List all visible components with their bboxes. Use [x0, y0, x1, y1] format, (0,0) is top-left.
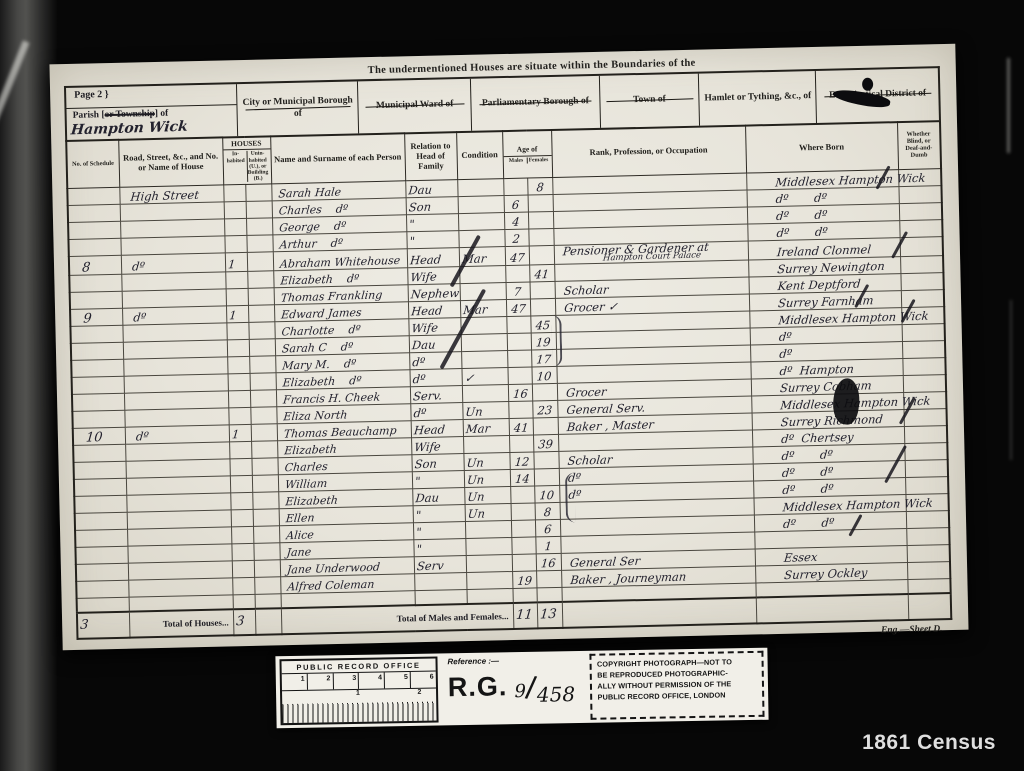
cell-infirm — [907, 561, 950, 579]
cell-relation: " — [412, 470, 464, 488]
copyright-line: PUBLIC RECORD OFFICE, LONDON — [597, 690, 757, 704]
cell-infirm — [905, 476, 948, 494]
ruler-number: 3 — [333, 673, 359, 689]
cell-relation — [414, 572, 466, 590]
cell-age-male — [506, 316, 530, 334]
cell-age-male — [507, 366, 531, 384]
cell-infirm — [904, 425, 947, 443]
census-table-body: High StreetSarah HaleDau8Middlesex Hampt… — [67, 169, 950, 598]
cell-condition — [458, 213, 504, 231]
cell-age-female — [528, 228, 553, 246]
ruler-number: 5 — [385, 672, 411, 688]
cell-condition: Un — [465, 503, 511, 521]
copyright-box: COPYRIGHT PHOTOGRAPH—NOT TO BE REPRODUCE… — [590, 651, 765, 720]
cell-inhabited — [223, 184, 245, 201]
cell-infirm — [901, 289, 944, 307]
pro-stamp: PUBLIC RECORD OFFICE 123456 12 Reference… — [275, 648, 768, 729]
cell-condition: Un — [462, 401, 508, 419]
cell-condition — [458, 230, 504, 248]
cell-uninhabited — [250, 389, 276, 407]
cell-schedule — [69, 274, 121, 292]
cell-condition — [465, 537, 511, 555]
cell-uninhabited — [253, 508, 279, 526]
reference-piece: 458 — [537, 682, 576, 707]
cell-schedule — [68, 221, 120, 239]
cell-relation: Wife — [408, 317, 460, 335]
cell-uninhabited — [250, 372, 276, 390]
cell-age-female — [529, 245, 554, 264]
cell-infirm — [902, 323, 945, 341]
cell-uninhabited — [253, 525, 279, 543]
cell-schedule — [73, 461, 125, 479]
cell-name: Abraham Whitehouse — [273, 249, 407, 271]
film-edge-band — [0, 0, 58, 771]
cell-infirm — [907, 544, 950, 562]
cell-inhabited — [227, 356, 249, 373]
film-scratch — [1010, 300, 1012, 460]
parish-label-suffix: ] of — [155, 109, 169, 119]
header-box-parliamentary: Parliamentary Borough of — [471, 76, 600, 131]
header-box-hamlet: Hamlet or Tything, &c., of — [699, 71, 817, 126]
cell-inhabited — [224, 218, 246, 235]
census-sheet: The undermentioned Houses are situate wi… — [49, 44, 968, 650]
cell-age-female — [530, 298, 555, 316]
cell-uninhabited — [247, 252, 273, 271]
cell-age-male: 19 — [512, 570, 536, 588]
cell-infirm — [898, 186, 941, 204]
cell-schedule: 10 — [73, 427, 125, 445]
cell-relation: " — [406, 231, 458, 249]
cell-condition — [462, 384, 508, 402]
cell-schedule — [74, 495, 126, 513]
parish-label-struck: or Township — [104, 109, 154, 120]
cell-age-female: 41 — [529, 264, 554, 282]
cell-relation: " — [406, 214, 458, 232]
cell-age-male: 47 — [505, 246, 529, 265]
cell-age-female — [536, 570, 561, 588]
cell-age-female — [533, 417, 558, 435]
col-houses: HOUSES In-habited Unin-habited (U.), or … — [222, 136, 271, 185]
cell-age-male — [508, 400, 532, 418]
cell-uninhabited — [249, 355, 275, 373]
col-schedule: No. of Schedule — [66, 140, 119, 189]
cell-infirm — [904, 408, 947, 426]
cell-infirm — [900, 237, 943, 256]
cell-schedule — [75, 529, 127, 547]
cell-infirm — [902, 357, 945, 375]
cell-schedule — [72, 410, 124, 428]
cell-uninhabited — [254, 576, 280, 594]
cell-inhabited — [231, 509, 253, 526]
parish-label-prefix: Parish [ — [73, 110, 105, 121]
cell-uninhabited — [246, 218, 272, 236]
cell-age-female: 8 — [527, 177, 552, 195]
cell-condition — [461, 350, 507, 368]
ruler-sub: 12 — [282, 689, 436, 724]
cell-inhabited — [224, 235, 246, 252]
cell-age-male — [511, 502, 535, 520]
cell-age-female: 6 — [535, 519, 560, 537]
cell-age-female — [533, 451, 558, 469]
cell-age-male — [509, 434, 533, 452]
cell-age-male — [512, 553, 536, 571]
col-condition: Condition — [456, 131, 503, 180]
cell-uninhabited — [251, 423, 277, 441]
cell-relation: Serv — [414, 555, 466, 573]
cell-relation: Head — [408, 300, 460, 318]
cell-inhabited — [232, 560, 254, 577]
cell-schedule — [73, 444, 125, 462]
totals-schedule: 3 — [77, 611, 130, 638]
cell-relation: Wife — [411, 436, 463, 454]
cell-relation: Head — [411, 419, 463, 437]
cell-inhabited — [227, 339, 249, 356]
totals-houses-value: 3 — [233, 608, 256, 634]
cell-condition: Un — [464, 486, 510, 504]
handwritten-brace — [551, 315, 562, 367]
census-sheet-content: The undermentioned Houses are situate wi… — [64, 50, 953, 653]
cell-schedule — [72, 393, 124, 411]
cell-schedule — [76, 563, 128, 581]
cell-age-female: 10 — [534, 485, 559, 503]
cell-condition — [466, 554, 512, 572]
ruler-sub-number: 2 — [417, 689, 421, 696]
cell-inhabited — [228, 407, 250, 424]
cell-uninhabited — [247, 270, 273, 288]
cell-relation: Dau — [412, 487, 464, 505]
cell-age-male: 7 — [506, 282, 530, 300]
cell-schedule — [67, 187, 119, 205]
cell-age-female: 23 — [532, 400, 557, 418]
cell-condition — [463, 435, 509, 453]
cell-condition — [466, 571, 512, 589]
cell-relation: Dau — [405, 180, 457, 198]
cell-schedule: 8 — [69, 255, 121, 275]
cell-uninhabited — [252, 491, 278, 509]
cell-infirm — [906, 510, 949, 528]
cell-age-male: 12 — [509, 451, 533, 469]
cell-road: dº — [121, 253, 225, 274]
cell-age-male: 41 — [509, 417, 533, 435]
cell-age-female — [528, 194, 553, 212]
cell-uninhabited — [246, 235, 272, 253]
cell-infirm — [900, 272, 943, 290]
totals-houses-label: Total of Houses... — [129, 609, 234, 637]
cell-inhabited — [232, 577, 254, 594]
cell-inhabited — [229, 441, 251, 458]
cell-condition: ✓ — [461, 367, 507, 385]
cell-inhabited — [230, 475, 252, 492]
cell-inhabited: 1 — [226, 305, 248, 322]
cell-age-female — [528, 211, 553, 229]
ruler-number: 1 — [282, 674, 308, 690]
col-uninhabited: Unin-habited (U.), or Building (B.) — [247, 151, 269, 182]
cell-uninhabited — [251, 457, 277, 475]
cell-inhabited: 1 — [225, 252, 247, 271]
cell-relation: Head — [407, 248, 459, 268]
cell-condition — [459, 265, 505, 283]
cell-relation: Serv. — [410, 385, 462, 403]
cell-uninhabited — [254, 559, 280, 577]
cell-age-male — [507, 349, 531, 367]
cell-condition — [465, 520, 511, 538]
cell-condition: Un — [463, 452, 509, 470]
cell-schedule — [71, 359, 123, 377]
cell-inhabited — [226, 322, 248, 339]
cell-age-male: 4 — [504, 212, 528, 230]
cell-condition: Mar — [463, 418, 509, 436]
cell-age-male — [510, 485, 534, 503]
cell-relation: dº — [409, 351, 461, 369]
cell-inhabited — [231, 543, 253, 560]
cell-relation: Son — [411, 453, 463, 471]
cell-infirm — [905, 459, 948, 477]
cell-age-female: 39 — [533, 434, 558, 452]
cell-age-male: 6 — [504, 195, 528, 213]
ruler-number: 4 — [359, 672, 385, 688]
totals-males: 11 — [513, 602, 538, 629]
cell-inhabited — [224, 201, 246, 218]
cell-uninhabited — [249, 338, 275, 356]
parish-column: Page 2 } Parish [or Township] of Hampton… — [66, 84, 239, 140]
cell-schedule — [68, 204, 120, 222]
cell-inhabited — [228, 390, 250, 407]
ruler-sub-number: 1 — [356, 690, 360, 697]
ruler-number: 6 — [411, 672, 436, 688]
parish-cell: Parish [or Township] of Hampton Wick — [66, 105, 237, 140]
cell-inhabited: 1 — [229, 424, 251, 441]
cell-age-female — [534, 468, 559, 486]
cell-age-female: 8 — [535, 502, 560, 520]
cell-inhabited — [230, 492, 252, 509]
ruler-number: 2 — [308, 673, 334, 689]
cell-schedule — [68, 238, 120, 256]
parish-value: Hampton Wick — [70, 119, 188, 139]
cell-uninhabited — [251, 440, 277, 458]
cell-age-male: 14 — [510, 468, 534, 486]
reference-box: Reference :— R.G. 9 / 458 — [437, 651, 591, 726]
cell-schedule — [74, 478, 126, 496]
col-inhabited: In-habited — [225, 151, 248, 182]
cell-uninhabited — [245, 184, 271, 202]
cell-age-male — [507, 333, 531, 351]
reference-slash: / — [523, 669, 538, 707]
cell-infirm — [899, 203, 942, 221]
cell-inhabited — [231, 526, 253, 543]
cell-age-male — [503, 178, 527, 196]
cell-infirm — [903, 374, 946, 392]
totals-persons-label: Total of Males and Females... — [281, 602, 514, 633]
cell-uninhabited — [248, 304, 274, 322]
cell-uninhabited — [252, 474, 278, 492]
cell-relation: dº — [410, 402, 462, 420]
cell-infirm — [904, 442, 947, 460]
cell-schedule — [70, 325, 122, 343]
cell-uninhabited — [248, 321, 274, 339]
cell-uninhabited — [248, 287, 274, 305]
col-infirm: Whether Blind, or Deaf-and-Dumb — [897, 121, 941, 169]
cell-inhabited — [226, 288, 248, 305]
cell-relation: " — [413, 504, 465, 522]
col-born: Where Born — [745, 122, 898, 173]
cell-condition: Un — [464, 469, 510, 487]
cell-schedule: 9 — [70, 308, 122, 326]
col-road: Road, Street, &c., and No. or Name of Ho… — [118, 137, 223, 187]
col-age-males: Males — [505, 157, 528, 164]
cell-schedule — [76, 580, 128, 598]
cell-uninhabited — [253, 542, 279, 560]
cell-relation: Son — [406, 197, 458, 215]
cell-condition — [458, 196, 504, 214]
cell-age-male — [511, 519, 535, 537]
cell-schedule — [71, 342, 123, 360]
film-scratch — [1007, 58, 1010, 153]
cell-infirm — [900, 255, 943, 273]
cell-schedule — [75, 512, 127, 530]
cell-condition — [457, 179, 503, 197]
cell-inhabited — [229, 458, 251, 475]
cell-infirm — [906, 527, 949, 545]
col-age: Age of Males Females — [502, 130, 552, 179]
cell-condition: Mar — [460, 299, 506, 317]
cell-relation: " — [413, 521, 465, 539]
cell-age-female: 1 — [535, 536, 560, 554]
cell-age-male: 47 — [506, 299, 530, 317]
reference-value: R.G. 9 / 458 — [448, 665, 591, 704]
cell-age-male: 2 — [504, 229, 528, 247]
col-name: Name and Surname of each Person — [270, 133, 405, 184]
cell-uninhabited — [246, 201, 272, 219]
col-occupation: Rank, Profession, or Occupation — [551, 126, 746, 178]
cell-age-female: 10 — [531, 366, 556, 384]
cell-infirm — [902, 340, 945, 358]
cell-schedule — [75, 546, 127, 564]
reference-series: R.G. — [448, 671, 508, 703]
cell-age-female — [530, 281, 555, 299]
cell-condition — [461, 333, 507, 351]
cell-inhabited — [225, 271, 247, 288]
col-age-females: Females — [528, 157, 550, 164]
header-box-ward: Municipal Ward of — [358, 79, 472, 134]
handwritten-brace — [565, 473, 576, 523]
header-box-city: City or Municipal Borough of — [237, 81, 359, 136]
cell-age-male — [505, 265, 529, 283]
cell-age-male: 16 — [508, 383, 532, 401]
image-caption: 1861 Census — [862, 731, 996, 755]
totals-females: 13 — [537, 601, 563, 628]
cell-age-female — [532, 383, 557, 401]
cell-schedule — [72, 376, 124, 394]
pro-ruler: PUBLIC RECORD OFFICE 123456 12 — [279, 656, 438, 725]
header-box-town: Town of — [599, 74, 700, 128]
cell-relation: " — [413, 538, 465, 556]
cell-age-male — [511, 536, 535, 554]
col-relation: Relation to Head of Family — [404, 132, 457, 181]
cell-inhabited — [228, 373, 250, 390]
census-table: No. of Schedule Road, Street, &c., and N… — [65, 120, 952, 639]
cell-age-female: 16 — [536, 553, 561, 571]
cell-uninhabited — [250, 406, 276, 424]
cell-relation: dº — [409, 368, 461, 386]
cell-schedule — [70, 291, 122, 309]
